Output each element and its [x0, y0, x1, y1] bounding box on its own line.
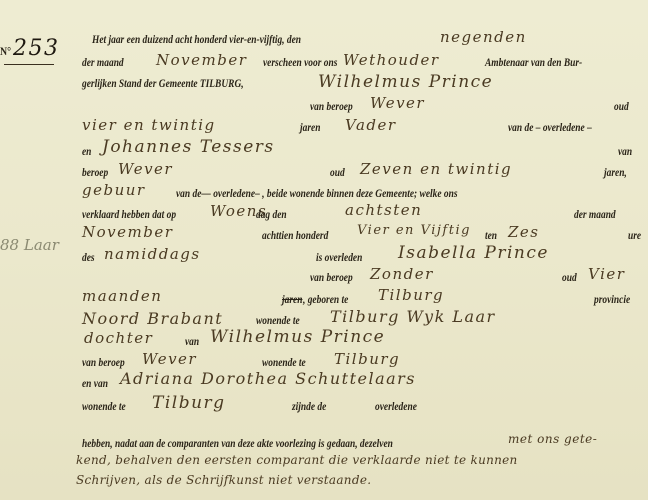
printed-line-3: gerlijken Stand der Gemeente TILBURG, [82, 78, 244, 90]
printed-line-12a: van beroep [310, 272, 353, 284]
printed-line-18b: zijnde de [292, 401, 326, 413]
hw-closing-1: met ons gete- [508, 432, 597, 446]
hw-mother-residence: Tilburg [152, 393, 226, 413]
hw-father-occupation: Wever [142, 350, 197, 368]
hw-day: negenden [440, 28, 527, 46]
printed-line-2a: der maand [82, 57, 124, 69]
hw-age-unit: maanden [82, 287, 162, 305]
hw-daypart: namiddags [104, 245, 201, 263]
printed-line-13a-struck: jaren [282, 294, 302, 306]
hw-relation2: gebuur [82, 181, 146, 199]
printed-line-13c: provincie [594, 294, 630, 306]
printed-line-18c: overledene [375, 401, 417, 413]
printed-line-19: hebben, nadat aan de comparanten van dez… [82, 438, 393, 450]
margin-note: 88 Laar [0, 236, 59, 254]
hw-death-day: achtsten [345, 201, 422, 219]
record-number-label: N° [0, 44, 11, 59]
printed-line-9a: verklaard hebben dat op [82, 209, 176, 221]
hw-declarant2: Johannes Tessers [102, 137, 275, 157]
printed-line-2b: verscheen voor ons [263, 57, 337, 69]
printed-line-10a: achttien honderd [262, 230, 328, 242]
printed-line-11b: is overleden [316, 252, 362, 264]
printed-line-6b: van [618, 146, 632, 158]
printed-line-18a: wonende te [82, 401, 126, 413]
printed-line-11a: des [82, 252, 95, 264]
printed-line-10c: ure [628, 230, 641, 242]
printed-line-10b: ten [485, 230, 497, 242]
printed-line-7b: oud [330, 167, 345, 179]
hw-death-year: Vier en Vijftig [357, 223, 471, 238]
printed-line-7a: beroep [82, 167, 108, 179]
printed-line-5b: van de – overledene – [508, 122, 592, 134]
hw-age1: vier en twintig [82, 116, 216, 134]
printed-line-7c: jaren, [604, 167, 627, 179]
hw-closing-2: kend, behalven den eersten comparant die… [76, 453, 518, 467]
printed-line-4a: van beroep [310, 101, 353, 113]
printed-line-2c: Ambtenaar van den Bur- [485, 57, 582, 69]
hw-month: November [156, 51, 247, 69]
hw-hour: Zes [508, 223, 540, 241]
printed-line-4b: oud [614, 101, 629, 113]
hw-death-month: November [82, 223, 173, 241]
printed-line-16a: van beroep [82, 357, 125, 369]
printed-line-9c: der maand [574, 209, 616, 221]
hw-closing-3: Schrijven, als de Schrijfkunst niet vers… [76, 473, 371, 487]
printed-line-15: van [185, 336, 199, 348]
hw-occupation2: Wever [118, 160, 173, 178]
printed-line-13b: , geboren te [303, 294, 348, 306]
printed-line-17: en van [82, 378, 108, 390]
hw-birthplace: Tilburg [378, 286, 444, 304]
hw-official: Wethouder [343, 51, 440, 69]
hw-relation1: Vader [345, 116, 397, 134]
printed-line-14: wonende te [256, 315, 300, 327]
hw-occupation1: Wever [370, 94, 425, 112]
record-number: 253 [13, 36, 60, 61]
civil-death-record-page: N° 253 88 Laar Het jaar een duizend acht… [0, 0, 648, 500]
printed-line-6a: en [82, 146, 91, 158]
hw-father-residence: Tilburg [334, 350, 400, 368]
hw-mother: Adriana Dorothea Schuttelaars [120, 369, 416, 388]
hw-father: Wilhelmus Prince [210, 327, 385, 347]
printed-line-9b: dag den [256, 209, 287, 221]
hw-age2: Zeven en twintig [360, 160, 512, 178]
printed-line-8: van de— overledene– , beide wonende binn… [176, 188, 458, 200]
printed-line-16b: wonende te [262, 357, 306, 369]
hw-occupation-deceased: Zonder [370, 265, 434, 283]
hw-deceased: Isabella Prince [398, 243, 549, 263]
hw-age-deceased: Vier [588, 265, 625, 283]
hw-residence: Tilburg Wyk Laar [330, 307, 496, 326]
hw-declarant1: Wilhelmus Prince [318, 72, 493, 92]
hw-relation-deceased: dochter [84, 329, 153, 347]
hw-province: Noord Brabant [82, 309, 223, 328]
printed-line-1: Het jaar een duizend acht honderd vier-e… [92, 34, 301, 46]
printed-line-12b: oud [562, 272, 577, 284]
printed-line-5a: jaren [300, 122, 320, 134]
record-number-underline [4, 64, 54, 65]
